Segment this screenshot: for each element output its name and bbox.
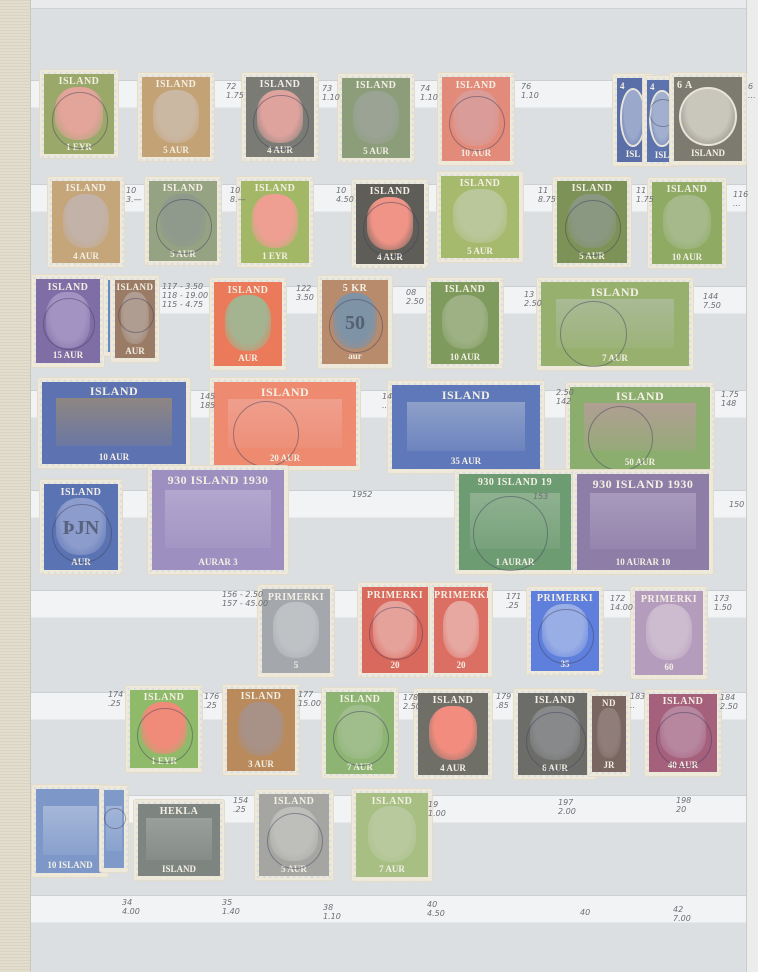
stamp-portrait: [453, 90, 499, 145]
stamp-value-label: 4 AUR: [52, 251, 120, 261]
stamp-portrait: [353, 91, 399, 144]
stamp-value-label: 1 EYR: [130, 756, 198, 766]
catalog-note: 14 ..: [382, 392, 392, 410]
stamp-scene: [228, 399, 342, 448]
stamp: ISLAND6 AUR: [514, 689, 596, 779]
stamp-value-label: 1 EYR: [241, 251, 309, 261]
stamp: ISLAND5 AUR: [145, 177, 221, 265]
stamp-country-label: PRIMERKI: [635, 594, 703, 605]
stamp: ISLAND10 AUR: [648, 178, 726, 268]
stamp-country-label: ISLAND: [44, 487, 118, 498]
stamp-country-label: 930 ISLAND 1930: [577, 477, 709, 492]
catalog-note: 6 ...: [748, 82, 756, 100]
stamp: 10 ISLAND: [32, 785, 108, 877]
catalog-note: 176 .25: [204, 692, 219, 710]
stamp-portrait: [121, 292, 148, 344]
catalog-note: 74 1.10: [420, 84, 438, 102]
stamp-country-label: ISLAND: [570, 389, 710, 404]
stamp: ISLAND4 AUR: [414, 689, 492, 779]
stamp: ISLAND7 AUR: [537, 278, 693, 370]
catalog-note: 40 4.50: [427, 900, 445, 918]
stamp: ISLAND1 EYR: [126, 686, 202, 772]
stamp-value-label: 5 AUR: [149, 249, 217, 259]
catalog-note: 117 - 3.50 118 - 19.00 115 - 4.75: [162, 282, 208, 309]
stamp-country-label: ISLAND: [541, 285, 689, 300]
catalog-note: 171 .25: [506, 592, 521, 610]
stamp-portrait: [597, 708, 620, 758]
stamp-portrait: [225, 295, 271, 350]
stamp-value-label: AUR: [44, 557, 118, 567]
stamp-scene: [470, 493, 560, 549]
stamp-portrait: [273, 602, 319, 657]
stamp-country-label: ISLAND: [652, 184, 722, 195]
stamp-scene: [43, 806, 97, 855]
stamp-portrait: [368, 806, 417, 861]
catalog-note: 197 2.00: [558, 798, 576, 816]
stamp-value-label: 5: [262, 660, 330, 670]
stamp: ISLAND10 AUR: [438, 73, 514, 165]
stamp-country-label: ISLAND: [149, 183, 217, 194]
stamp: ISLAND5 AUR: [338, 74, 414, 162]
stamp-portrait: [337, 705, 383, 759]
stamp: ISLAND5 AUR: [138, 73, 214, 161]
stamp-value-label: JR: [592, 760, 626, 770]
stamp-country-label: ISLAND: [130, 692, 198, 703]
catalog-note: 42 7.00: [673, 905, 691, 923]
stamp-portrait: [367, 197, 413, 250]
stamp-scene: [56, 398, 171, 446]
catalog-note: 35 1.40: [222, 898, 240, 916]
stamp: HEKLAISLAND: [134, 800, 224, 880]
stamp: PRIMERKI20: [358, 583, 432, 677]
stamp-value-label: 60: [635, 662, 703, 672]
catalog-note: 173 1.50: [714, 594, 732, 612]
stamp-value-label: AUR: [115, 346, 155, 356]
stamp-value-label: 5 AUR: [259, 864, 329, 874]
stamp: PRIMERKI20: [430, 583, 492, 677]
stamp-portrait: [663, 195, 711, 249]
catalog-note: 11 1.75: [636, 186, 654, 204]
stamp-country-label: ISLAND: [115, 282, 155, 292]
stamp-country-label: ISLAND: [52, 183, 120, 194]
stamp-overprint: ÞJN: [44, 517, 118, 540]
stamp: 930 ISLAND 1930AURAR 3: [148, 466, 288, 574]
stamp-value-label: 50 AUR: [570, 457, 710, 467]
catalog-note: 150: [729, 500, 744, 509]
catalog-note: 1.75 148: [721, 390, 739, 408]
stamp-portrait: [568, 194, 616, 248]
catalog-note: 10 3.—: [126, 186, 142, 204]
catalog-note: 177 15.00: [298, 690, 321, 708]
stamp: ISLAND10 AUR: [38, 378, 190, 468]
catalog-note: 178 2.50: [403, 693, 421, 711]
stamp-value-label: 10 AUR: [442, 148, 510, 158]
stamp-country-label: ISLAND: [518, 695, 592, 706]
stamp-value-label: 10 AUR: [431, 352, 499, 362]
catalog-note: 11 8.75: [538, 186, 556, 204]
stamp-country-label: ISLAND: [356, 796, 428, 807]
catalog-note: 183 ..: [630, 692, 645, 710]
stamp-value-label: 5 AUR: [557, 251, 627, 261]
stamp: 930 ISLAND 191 AURAR: [455, 470, 575, 574]
stamp: ISLAND5 AUR: [255, 790, 333, 880]
catalog-note: 72 1.75: [226, 82, 244, 100]
stamp-portrait: [646, 604, 692, 659]
stamp-value-label: 5 AUR: [142, 145, 210, 155]
stamp-country-label: ISLAND: [36, 282, 100, 293]
stamp: 930 ISLAND 193010 AURAR 10: [573, 470, 713, 574]
stamp-portrait: [270, 807, 318, 861]
stamp: ISLAND50 AUR: [566, 383, 714, 473]
stamp-country-label: 930 ISLAND 1930: [152, 473, 284, 488]
stamp: ISLAND40 AUR: [645, 690, 721, 776]
stamp-country-label: 6 A: [674, 80, 742, 91]
stamp: NDJR: [588, 692, 630, 776]
catalog-note: 08 2.50: [406, 288, 424, 306]
catalog-note: 174 .25: [108, 690, 123, 708]
stamp-scene: [590, 493, 696, 549]
catalog-note: 154 .25: [233, 796, 248, 814]
stamp-portrait: [530, 706, 580, 760]
stamp-country-label: ISLAND: [342, 80, 410, 91]
stamp-portrait: [63, 194, 109, 248]
catalog-note: 184 2.50: [720, 693, 738, 711]
catalog-note: 19 1.00: [428, 800, 446, 818]
stamp-value-label: 7 AUR: [356, 864, 428, 874]
stamp-portrait: [373, 601, 418, 658]
stamp: ISLANDAUR: [111, 276, 159, 362]
stamp: ISLAND35 AUR: [388, 381, 544, 473]
stamp-portrait: [160, 194, 206, 247]
stamp-country-label: ISLAND: [442, 80, 510, 91]
stamp-value-label: 1 EYR: [44, 142, 114, 152]
stamp: ISLANDAUR: [210, 278, 286, 370]
stamp-value-label: 35: [531, 659, 599, 669]
catalog-note: 172 14.00: [610, 594, 633, 612]
catalog-note: 153: [533, 492, 548, 501]
stamp-value-label: 6 AUR: [518, 763, 592, 773]
page-right-edge: [746, 0, 758, 972]
stamp: 5 KRaur50: [318, 276, 392, 368]
stamp: ISLAND7 AUR: [322, 688, 398, 778]
stamp: ISLAND4 AUR: [242, 73, 318, 161]
stamp-country-label: ISLAND: [227, 691, 295, 702]
stamp-value-label: 10 AUR: [42, 452, 186, 462]
stamp: ISLAND10 AUR: [427, 278, 503, 368]
stamp-scene: [407, 402, 525, 451]
catalog-note: 122 3.50: [296, 284, 314, 302]
stamp-portrait: [46, 292, 90, 347]
stamp: ISLAND5 AUR: [437, 172, 523, 262]
stamp-country-label: PRIMERKI: [262, 592, 330, 603]
stamp: ISLAND4 AUR: [48, 177, 124, 267]
catalog-note: 73 1.10: [322, 84, 340, 102]
stamp-country-label: ISLAND: [418, 695, 488, 706]
catalog-note: 10 4.50: [336, 186, 354, 204]
stamp-scene: [106, 806, 122, 851]
stamp-value-label: 4 AUR: [356, 252, 424, 262]
stamp: ISLAND1 EYR: [237, 177, 313, 267]
stamp-country-label: ISLAND: [214, 385, 356, 400]
stamp-value-label: 20 AUR: [214, 453, 356, 463]
stamp-country-label: ISLAND: [431, 284, 499, 295]
catalog-note: 76 1.10: [521, 82, 539, 100]
stamp-portrait: [257, 90, 303, 143]
stamp-value-label: 35 AUR: [392, 456, 540, 466]
stamp: ISLAND5 AUR: [553, 177, 631, 267]
stamp-portrait: [542, 604, 588, 657]
catalog-note: 198 20: [676, 796, 691, 814]
stamp: ISLANDAURÞJN: [40, 480, 122, 574]
stamp-value-label: AUR: [214, 353, 282, 363]
stamp: ISLAND3 AUR: [223, 685, 299, 775]
stamp-country-label: 930 ISLAND 19: [459, 477, 571, 488]
stamp-country-label: ISLAND: [42, 384, 186, 399]
stamp: ISLAND7 AUR: [352, 789, 432, 881]
stamp-country-label: ISLAND: [326, 694, 394, 705]
stamp-portrait: [55, 87, 103, 140]
stamp-country-label: ISLAND: [356, 186, 424, 197]
stamp: ISLAND20 AUR: [210, 378, 360, 470]
stamp-country-label: PRIMERKI: [362, 590, 428, 601]
stamp-value-label: 1 AURAR: [459, 557, 571, 567]
stamp-portrait: [252, 194, 298, 248]
stamp-country-label: 5 KR: [322, 283, 388, 294]
stamp-country-label: ISLAND: [241, 183, 309, 194]
stamp-value-label: 10 ISLAND: [36, 860, 104, 870]
stamp-country-label: ISLAND: [649, 696, 717, 707]
stamp-value-label: 15 AUR: [36, 350, 100, 360]
stamp-country-label: ISLAND: [557, 183, 627, 194]
catalog-note: 10 8.—: [230, 186, 246, 204]
stamp-overprint: 50: [322, 312, 388, 335]
stamp-country-label: ISLAND: [441, 178, 519, 189]
catalog-note: 116 ...: [733, 190, 748, 208]
stamp-value-label: 7 AUR: [326, 762, 394, 772]
stamp-value-label: 10 AUR: [652, 252, 722, 262]
stamp-country-label: ISLAND: [246, 79, 314, 90]
stamp-country-label: HEKLA: [138, 806, 220, 817]
stamp-portrait: [660, 706, 706, 758]
album-binding: [0, 0, 31, 972]
stamp: 6 AISLAND: [670, 73, 746, 165]
stamp-country-label: ISLAND: [214, 285, 282, 296]
stamp-value-label: 3 AUR: [227, 759, 295, 769]
stamp-country-label: ISLAND: [259, 796, 329, 807]
stamp-portrait: [443, 601, 480, 658]
stamp-value-label: 4 AUR: [418, 763, 488, 773]
stamp: PRIMERKI35: [527, 587, 603, 675]
catalog-note: 1952: [352, 490, 372, 499]
catalog-note: 38 1.10: [323, 903, 341, 921]
stamp-country-label: PRIMERKI: [434, 590, 488, 601]
stamp-value-label: 5 AUR: [342, 146, 410, 156]
stamp-scene: [556, 299, 674, 348]
catalog-note: 2.50 142: [556, 388, 574, 406]
stamp-portrait: [238, 702, 284, 756]
stamp: [100, 786, 128, 872]
catalog-note: 40: [580, 908, 590, 917]
stamp-country-label: ISLAND: [392, 388, 540, 403]
stamp-value-label: aur: [322, 351, 388, 361]
stamp-portrait: [679, 87, 736, 146]
stamp-portrait: [153, 90, 199, 143]
stamp-portrait: [442, 295, 488, 349]
catalog-note: 144 7.50: [703, 292, 721, 310]
stamp-portrait: [429, 706, 477, 760]
stamp-value-label: 7 AUR: [541, 353, 689, 363]
stamp: ISLAND15 AUR: [32, 275, 104, 367]
stamp-scene: [165, 490, 271, 548]
catalog-note: 145 185: [200, 392, 215, 410]
stamp: PRIMERKI60: [631, 587, 707, 679]
catalog-note: 156 - 2.50 157 - 45.00: [222, 590, 268, 608]
stamp-value-label: 40 AUR: [649, 760, 717, 770]
page-top-edge: [31, 0, 746, 9]
stamp: PRIMERKI5: [258, 585, 334, 677]
stamp-country-label: ISLAND: [142, 79, 210, 90]
stamp-country-label: ISLAND: [44, 76, 114, 87]
stamp-country-label: ND: [592, 698, 626, 708]
stamp: ISLAND4 AUR: [352, 180, 428, 268]
stamp-scene: [146, 818, 212, 860]
stamp-value-label: 10 AURAR 10: [577, 557, 709, 567]
stamp-value-label: AURAR 3: [152, 557, 284, 567]
stamp-value-label: 5 AUR: [441, 246, 519, 256]
catalog-note: 34 4.00: [122, 898, 140, 916]
stamp-value-label: ISLAND: [674, 148, 742, 158]
stamp-portrait: [453, 189, 506, 243]
stamp: ISLAND1 EYR: [40, 70, 118, 158]
stamp-value-label: 20: [434, 660, 488, 670]
stamp-country-label: PRIMERKI: [531, 593, 599, 604]
stamp-value-label: 4 AUR: [246, 145, 314, 155]
stamp-portrait: [141, 702, 187, 754]
stamp-scene: [584, 403, 696, 451]
stamp-value-label: 20: [362, 660, 428, 670]
stamp-value-label: ISLAND: [138, 864, 220, 874]
catalog-note: 13 2.50: [524, 290, 542, 308]
catalog-note: 179 .85: [496, 692, 511, 710]
